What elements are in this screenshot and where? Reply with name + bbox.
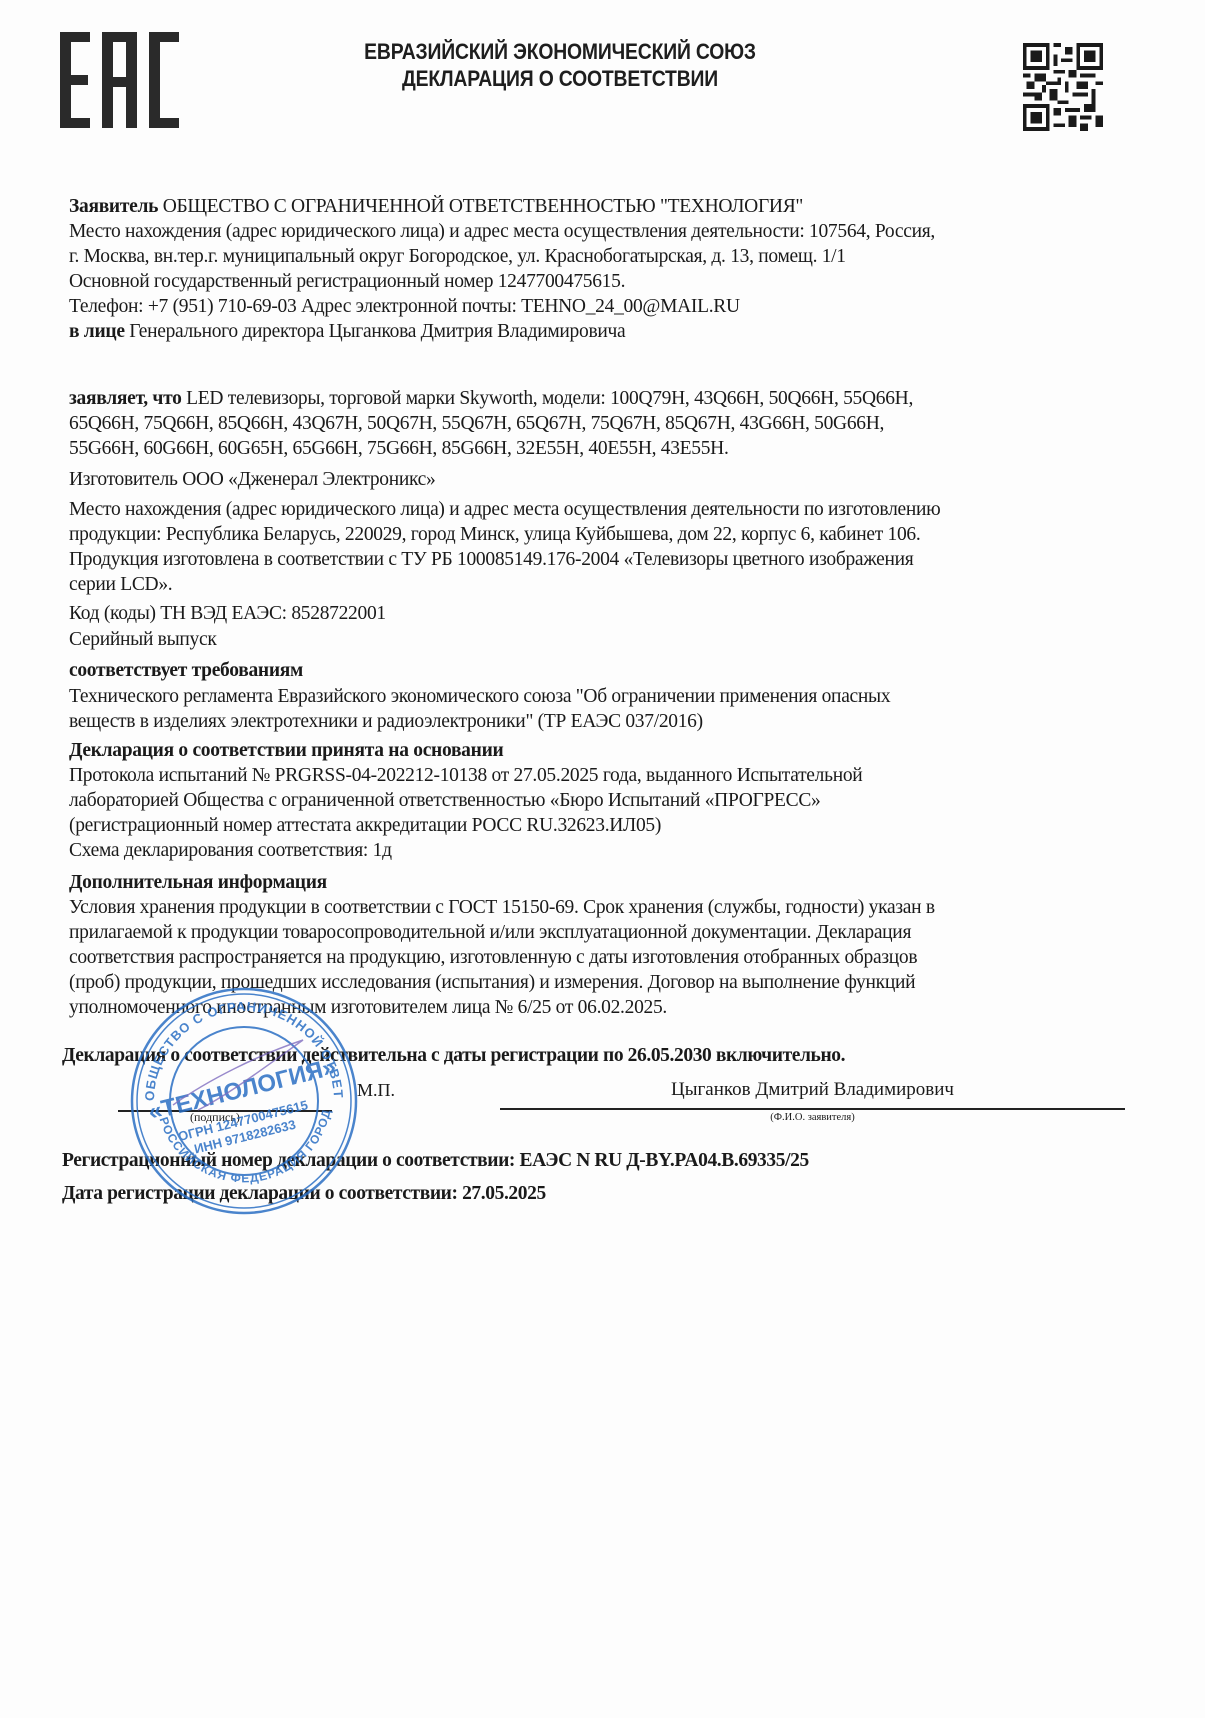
applicant-contacts: Телефон: +7 (951) 710-69-03 Адрес электр… bbox=[69, 294, 1149, 319]
manufacturer-spec-2: серии LCD». bbox=[69, 572, 1149, 597]
signer-name-line bbox=[500, 1108, 1125, 1110]
manufacturer-address-1: Место нахождения (адрес юридического лиц… bbox=[69, 497, 1149, 522]
requirements-line-2: веществ в изделиях электротехники и ради… bbox=[69, 709, 1149, 734]
codes-section: Код (коды) ТН ВЭД ЕАЭС: 8528722001 Серий… bbox=[69, 601, 1149, 652]
manufacturer-name: Изготовитель ООО «Дженерал Электроникс» bbox=[69, 467, 1149, 492]
basis-line-3: (регистрационный номер аттестата аккреди… bbox=[69, 813, 1149, 838]
basis-section: Декларация о соответствии принята на осн… bbox=[69, 738, 1149, 863]
requirements-line-1: Технического регламента Евразийского эко… bbox=[69, 684, 1149, 709]
declares-label: заявляет, что bbox=[69, 388, 182, 409]
products-line-3: 55G66H, 60G66H, 60G65H, 65G66H, 75G66H, … bbox=[69, 436, 1149, 461]
eac-mark-icon bbox=[60, 32, 180, 128]
products-line-2: 65Q66H, 75Q66H, 85Q66H, 43Q67H, 50Q67H, … bbox=[69, 411, 1149, 436]
signer-name: Цыганков Дмитрий Владимирович bbox=[500, 1079, 1125, 1101]
signer-caption: (Ф.И.О. заявителя) bbox=[500, 1112, 1125, 1123]
declaration-page: ЕВРАЗИЙСКИЙ ЭКОНОМИЧЕСКИЙ СОЮЗ ДЕКЛАРАЦИ… bbox=[0, 0, 1205, 1718]
requirements-section: соответствует требованиям Технического р… bbox=[69, 658, 1149, 734]
additional-line-2: прилагаемой к продукции товаросопроводит… bbox=[69, 920, 1149, 945]
applicant-label: Заявитель bbox=[69, 196, 158, 217]
additional-line-3: соответствия распространяется на продукц… bbox=[69, 945, 1149, 970]
applicant-line: Заявитель ОБЩЕСТВО С ОГРАНИЧЕННОЙ ОТВЕТС… bbox=[69, 194, 1149, 219]
products-text-1: LED телевизоры, торговой марки Skyworth,… bbox=[182, 388, 913, 409]
applicant-address-2: г. Москва, вн.тер.г. муниципальный округ… bbox=[69, 244, 1149, 269]
additional-heading: Дополнительная информация bbox=[69, 870, 1149, 895]
represented-by: Генерального директора Цыганкова Дмитрия… bbox=[125, 321, 626, 342]
manufacturer-spec-1: Продукция изготовлена в соответствии с Т… bbox=[69, 547, 1149, 572]
title-union: ЕВРАЗИЙСКИЙ ЭКОНОМИЧЕСКИЙ СОЮЗ bbox=[287, 38, 833, 65]
applicant-section: Заявитель ОБЩЕСТВО С ОГРАНИЧЕННОЙ ОТВЕТС… bbox=[69, 194, 1149, 344]
manufacturer-address-2: продукции: Республика Беларусь, 220029, … bbox=[69, 522, 1149, 547]
tn-ved-code: Код (коды) ТН ВЭД ЕАЭС: 8528722001 bbox=[69, 601, 1149, 626]
applicant-address-1: Место нахождения (адрес юридического лиц… bbox=[69, 219, 1149, 244]
seal-label: М.П. bbox=[357, 1080, 395, 1101]
basis-scheme: Схема декларирования соответствия: 1д bbox=[69, 838, 1149, 863]
basis-line-2: лабораторией Общества с ограниченной отв… bbox=[69, 788, 1149, 813]
manufacturer-section: Изготовитель ООО «Дженерал Электроникс» bbox=[69, 467, 1149, 492]
title-declaration: ДЕКЛАРАЦИЯ О СООТВЕТСТВИИ bbox=[287, 65, 833, 92]
basis-line-1: Протокола испытаний № PRGRSS-04-202212-1… bbox=[69, 763, 1149, 788]
company-stamp-icon: ОБЩЕСТВО С ОГРАНИЧЕННОЙ ОТВЕТСТВЕННОСТЬЮ… bbox=[128, 985, 360, 1217]
manufacturer-details: Место нахождения (адрес юридического лиц… bbox=[69, 497, 1149, 597]
additional-line-1: Условия хранения продукции в соответстви… bbox=[69, 895, 1149, 920]
products-line-1: заявляет, что LED телевизоры, торговой м… bbox=[69, 386, 1149, 411]
applicant-representative: в лице Генерального директора Цыганкова … bbox=[69, 319, 1149, 344]
basis-heading: Декларация о соответствии принята на осн… bbox=[69, 738, 1149, 763]
applicant-name: ОБЩЕСТВО С ОГРАНИЧЕННОЙ ОТВЕТСТВЕННОСТЬЮ… bbox=[158, 196, 803, 217]
product-declaration: заявляет, что LED телевизоры, торговой м… bbox=[69, 386, 1149, 461]
represented-label: в лице bbox=[69, 321, 125, 342]
requirements-heading: соответствует требованиям bbox=[69, 658, 1149, 683]
release-type: Серийный выпуск bbox=[69, 627, 1149, 652]
qr-code-icon[interactable] bbox=[1022, 43, 1104, 131]
applicant-ogrn: Основной государственный регистрационный… bbox=[69, 269, 1149, 294]
document-title: ЕВРАЗИЙСКИЙ ЭКОНОМИЧЕСКИЙ СОЮЗ ДЕКЛАРАЦИ… bbox=[250, 38, 870, 92]
eac-logo bbox=[60, 32, 180, 128]
